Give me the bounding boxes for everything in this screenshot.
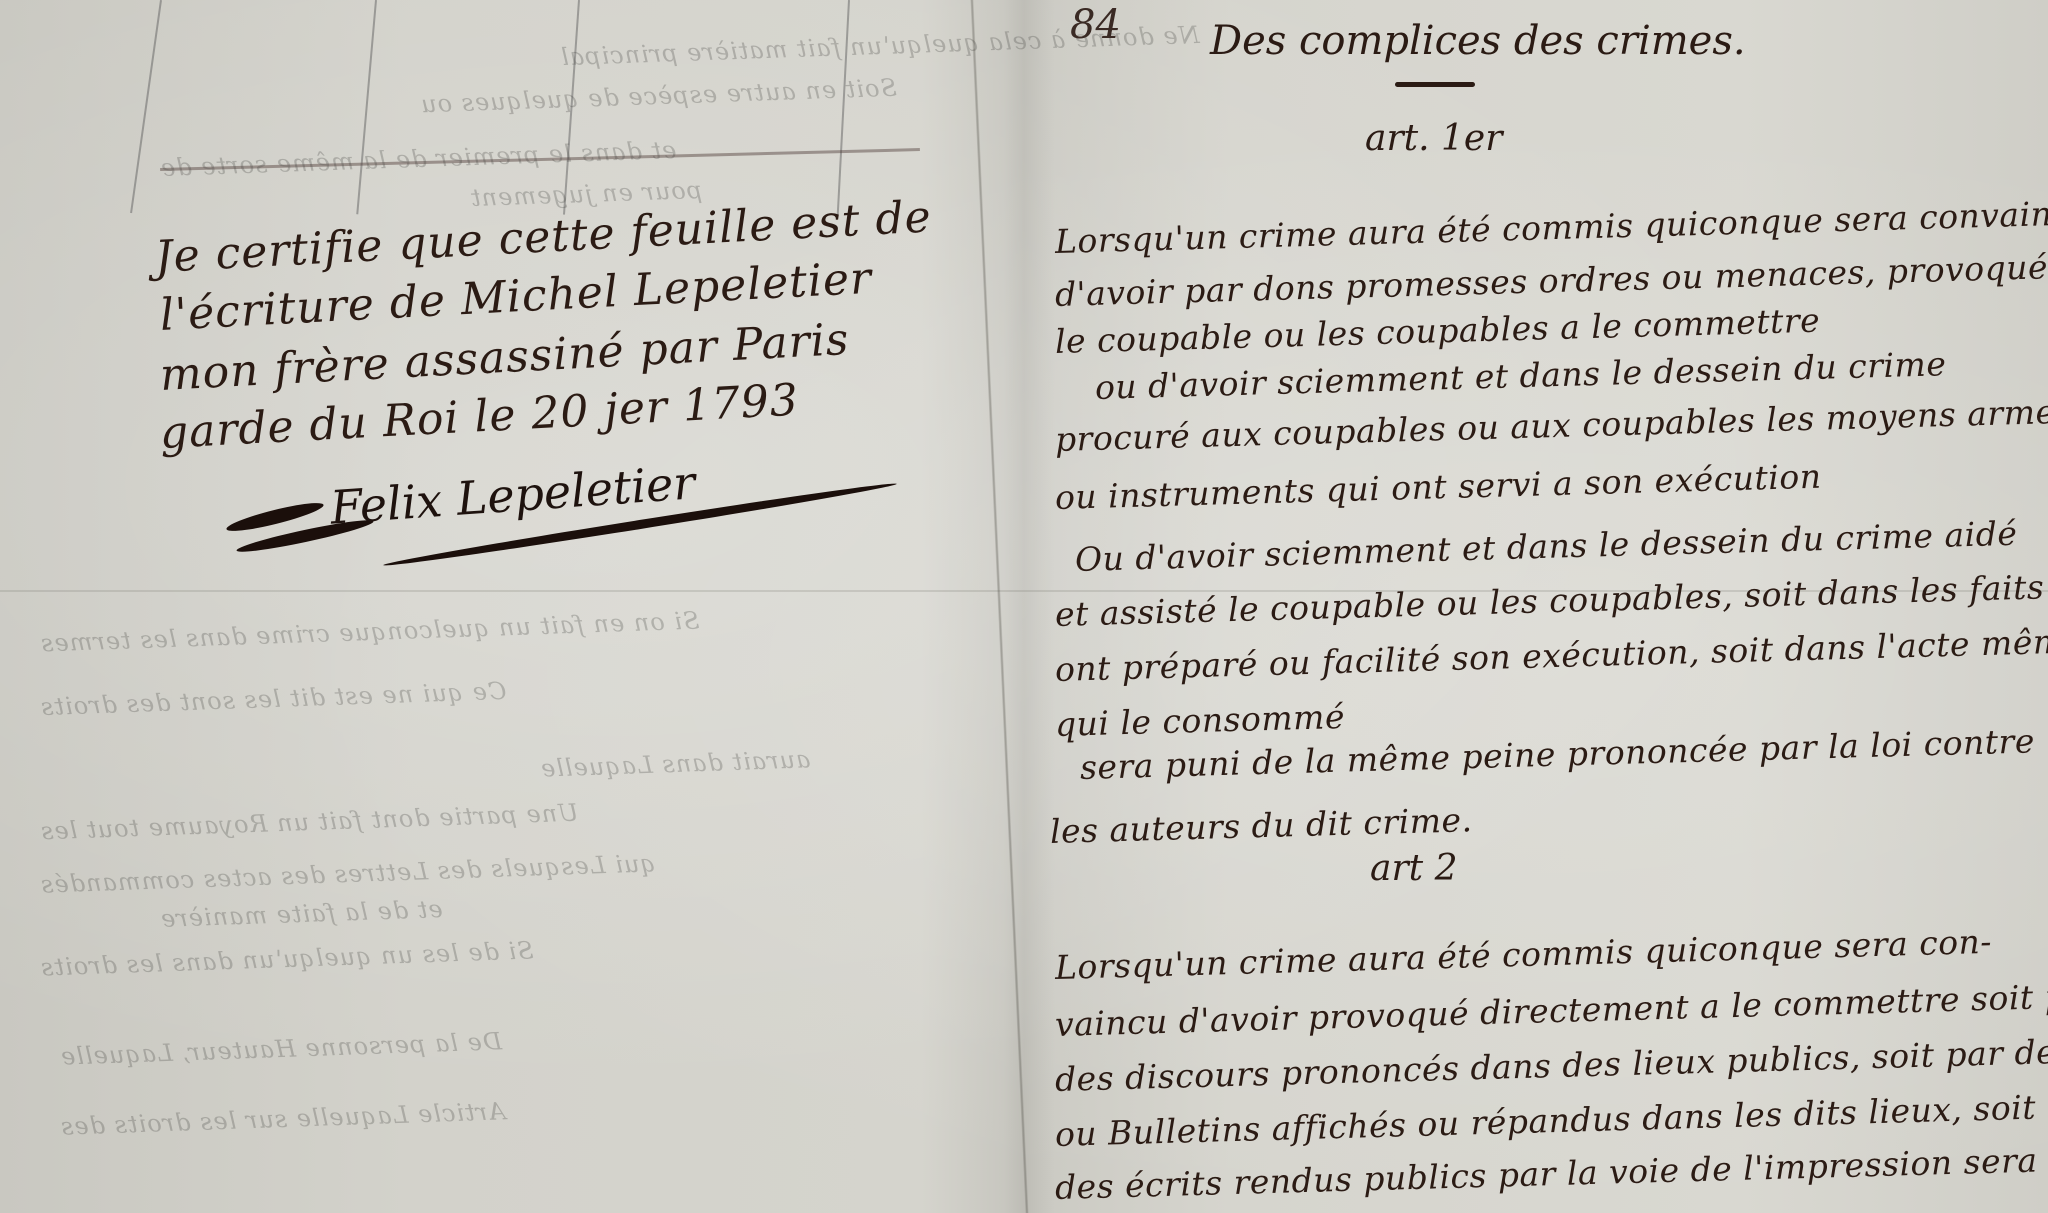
bleed-through-text: De la personne Hauteur, Laquelle bbox=[60, 1027, 503, 1070]
bleed-through-text: Article Laquelle sur les droits des bbox=[60, 1097, 506, 1141]
left-page: Ne donne à cela quelqu'un fait matière p… bbox=[0, 0, 1000, 1213]
text-line: ou instruments qui ont servi a son exécu… bbox=[1054, 457, 1821, 517]
article-heading: art. 1er bbox=[1365, 118, 1502, 159]
folio-number: 84 bbox=[1070, 2, 1121, 48]
pencil-mark bbox=[356, 0, 377, 214]
text-line: Lorsqu'un crime aura été commis quiconqu… bbox=[1054, 922, 1992, 987]
manuscript-spread: Ne donne à cela quelqu'un fait matière p… bbox=[0, 0, 2048, 1213]
text-line: ont préparé ou facilité son exécution, s… bbox=[1054, 621, 2048, 689]
text-line: d'avoir par dons promesses ordres ou men… bbox=[1054, 247, 2048, 314]
bleed-through-text: aurait dans Laquelle bbox=[540, 745, 811, 782]
bleed-through-text: et de la faite manière bbox=[160, 895, 444, 933]
article-heading: art 2 bbox=[1370, 848, 1458, 889]
bleed-through-text: Soit en autre espèce de quelques ou bbox=[420, 74, 898, 119]
bleed-through-text: Une partie dont fait un Royaume tout les bbox=[40, 799, 579, 846]
pencil-mark bbox=[130, 0, 162, 213]
bleed-through-text: Ce qui ne est dit les sont des droits bbox=[40, 677, 507, 721]
bleed-through-text: et dans le premier de la même sorte de bbox=[160, 136, 677, 182]
bleed-through-text: Si de les un quelqu'un dans les droits bbox=[40, 936, 534, 981]
text-line: qui le consommé bbox=[1054, 697, 1345, 744]
text-line: et assisté le coupable ou les coupables,… bbox=[1054, 566, 2048, 634]
text-line: les auteurs du dit crime. bbox=[1049, 800, 1473, 851]
title-rule bbox=[1395, 82, 1475, 87]
text-line: Ou d'avoir sciemment et dans le dessein … bbox=[1074, 514, 2017, 579]
bleed-through-text: Si on en fait un quelconque crime dans l… bbox=[40, 606, 700, 657]
text-line: vaincu d'avoir provoqué directement a le… bbox=[1054, 976, 2048, 1044]
bleed-through-text: qui Lesquels des Lettres des actes comma… bbox=[40, 849, 657, 898]
right-page: 84 Des complices des crimes. art. 1er Lo… bbox=[1000, 0, 2048, 1213]
section-title: Des complices des crimes. bbox=[1210, 18, 1746, 64]
